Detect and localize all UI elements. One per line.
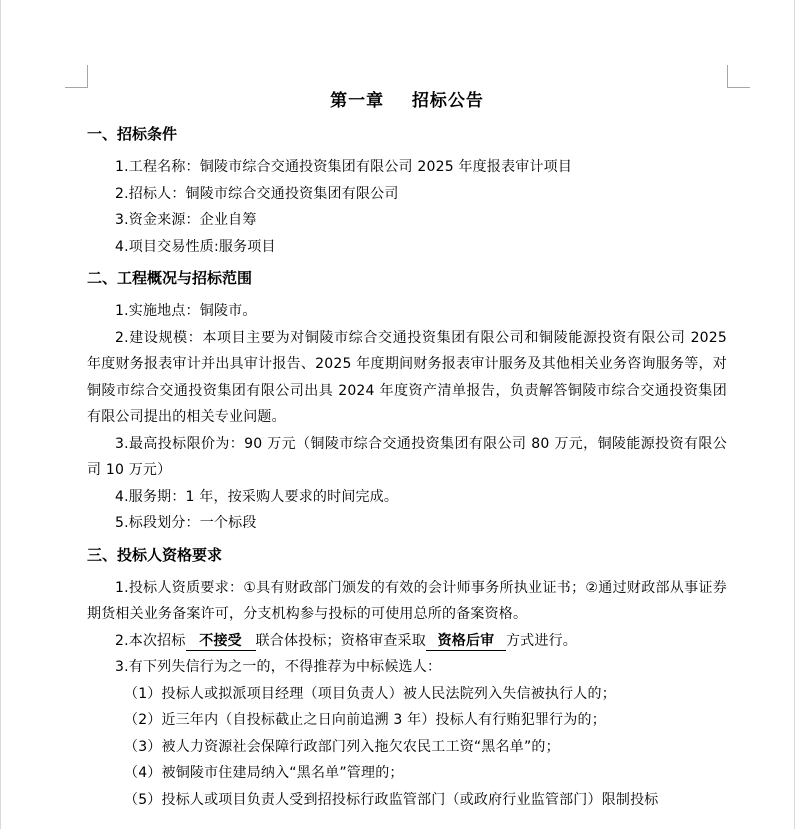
paragraph: 2.建设规模：本项目主要为对铜陵市综合交通投资集团有限公司和铜陵能源投资有限公司…	[87, 325, 727, 431]
section-heading-project-overview: 二、工程概况与招标范围	[87, 268, 727, 288]
margin-corner-top-right	[727, 65, 750, 88]
document-body: 第一章 招标公告 一、招标条件 1.工程名称：铜陵市综合交通投资集团有限公司 2…	[87, 88, 727, 813]
list-item: （5）投标人或项目负责人受到招投标行政监管部门（或政府行业监管部门）限制投标	[87, 787, 727, 814]
chapter-title: 第一章 招标公告	[87, 88, 727, 114]
text: 方式进行。	[506, 633, 577, 649]
list-item: （2）近三年内（自投标截止之日向前追溯 3 年）投标人有行贿犯罪行为的；	[87, 707, 727, 734]
paragraph: 2.招标人：铜陵市综合交通投资集团有限公司	[87, 181, 727, 208]
paragraph: 1.工程名称：铜陵市综合交通投资集团有限公司 2025 年度报表审计项目	[87, 154, 727, 181]
paragraph: 3.有下列失信行为之一的，不得推荐为中标候选人：	[87, 654, 727, 681]
page-left-edge	[0, 0, 1, 829]
paragraph-consortium: 2.本次招标不接受联合体投标；资格审查采取资格后审方式进行。	[87, 628, 727, 655]
section-heading-bidder-qualifications: 三、投标人资格要求	[87, 545, 727, 565]
paragraph: 1.投标人资质要求：①具有财政部门颁发的有效的会计师事务所执业证书；②通过财政部…	[87, 575, 727, 628]
paragraph: 4.服务期：1 年，按采购人要求的时间完成。	[87, 484, 727, 511]
list-item: （3）被人力资源社会保障行政部门列入拖欠农民工工资“黑名单”的；	[87, 734, 727, 761]
filled-blank-consortium: 不接受	[186, 632, 256, 651]
text: 联合体投标；资格审查采取	[256, 633, 426, 649]
filled-blank-review-method: 资格后审	[426, 632, 506, 651]
list-item: （1）投标人或拟派项目经理（项目负责人）被人民法院列入失信被执行人的；	[87, 681, 727, 708]
paragraph: 1.实施地点：铜陵市。	[87, 298, 727, 325]
paragraph: 5.标段划分：一个标段	[87, 510, 727, 537]
margin-corner-top-left	[65, 65, 88, 88]
paragraph: 3.最高投标限价为：90 万元（铜陵市综合交通投资集团有限公司 80 万元，铜陵…	[87, 431, 727, 484]
paragraph: 3.资金来源：企业自筹	[87, 207, 727, 234]
section-heading-bid-conditions: 一、招标条件	[87, 124, 727, 144]
paragraph: 4.项目交易性质:服务项目	[87, 234, 727, 261]
text: 2.本次招标	[115, 633, 186, 649]
list-item: （4）被铜陵市住建局纳入“黑名单”管理的；	[87, 760, 727, 787]
